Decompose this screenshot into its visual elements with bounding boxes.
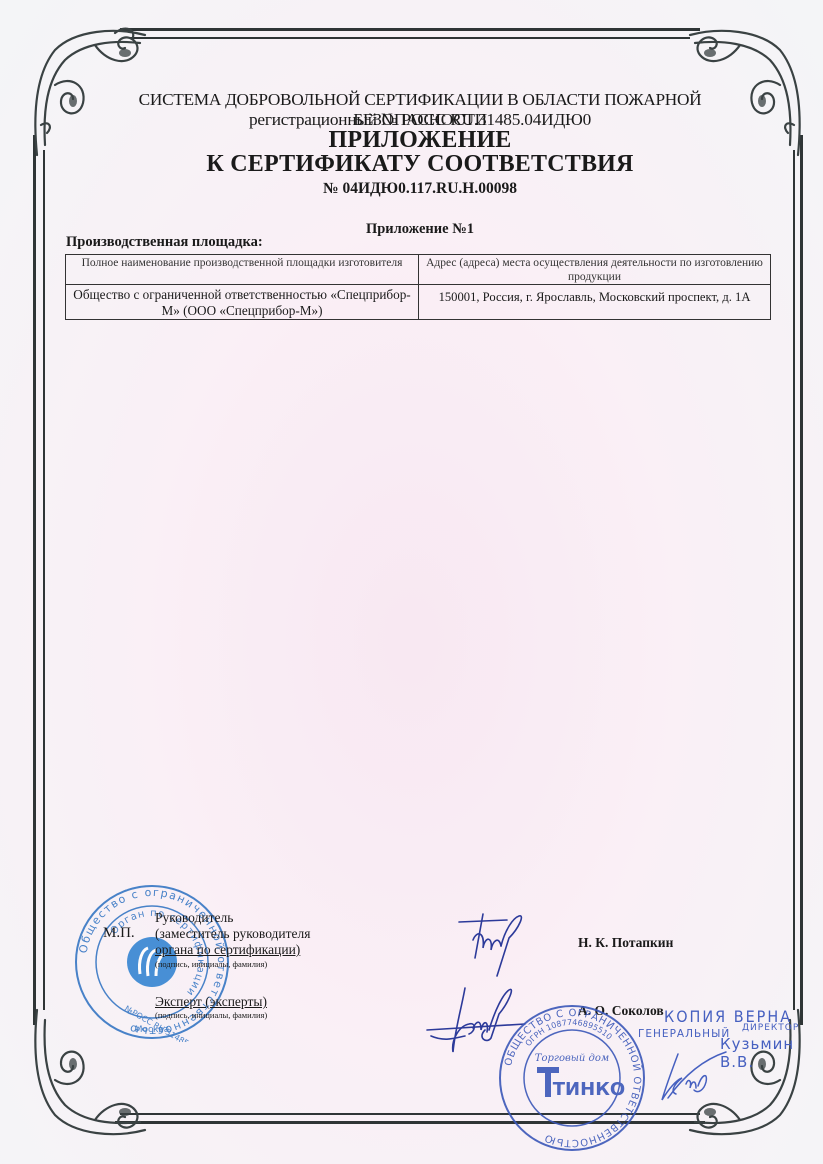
expert-title: Эксперт (эксперты) bbox=[155, 995, 267, 1009]
seal-placeholder-label: М.П. bbox=[103, 926, 135, 940]
svg-text:Торговый дом: Торговый дом bbox=[535, 1053, 609, 1064]
certificate-number: № 04ИДЮ0.117.RU.H.00098 bbox=[70, 180, 770, 198]
head-title-line3: органа по сертификации) bbox=[155, 943, 300, 957]
expert-signature-caption: (подпись, инициалы, фамилия) bbox=[155, 1010, 267, 1020]
table-header-row: Полное наименование производственной пло… bbox=[66, 255, 771, 285]
copy-certified-name: Кузьмин В.В. bbox=[720, 1035, 823, 1071]
document-title-line1: ПРИЛОЖЕНИЕ bbox=[70, 127, 770, 154]
company-stamp-icon: ОБЩЕСТВО С ОГРАНИЧЕННОЙ ОТВЕТСТВЕННОСТЬЮ… bbox=[497, 1003, 647, 1153]
copy-certified-position-right: ДИРЕКТОР bbox=[742, 1023, 799, 1033]
head-title-line1: Руководитель bbox=[155, 911, 233, 925]
frame-left-thin bbox=[43, 150, 45, 1010]
column-header-address: Адрес (адреса) места осуществления деяте… bbox=[419, 255, 771, 285]
frame-right-thin bbox=[793, 150, 795, 1010]
site-address-cell: 150001, Россия, г. Ярославль, Московский… bbox=[419, 285, 771, 320]
head-signature-icon bbox=[455, 910, 535, 980]
frame-left-thick bbox=[33, 135, 36, 1025]
copy-certified-position-left: ГЕНЕРАЛЬНЫЙ bbox=[638, 1028, 730, 1040]
frame-top-thick bbox=[120, 28, 700, 31]
director-signature-icon bbox=[648, 1050, 728, 1110]
column-header-name: Полное наименование производственной пло… bbox=[66, 255, 419, 285]
svg-text:ТИНКО: ТИНКО bbox=[553, 1079, 625, 1100]
production-site-label: Производственная площадка: bbox=[66, 234, 263, 251]
frame-right-thick bbox=[800, 135, 803, 1025]
site-name-cell: Общество с ограниченной ответственностью… bbox=[66, 285, 419, 320]
table-row: Общество с ограниченной ответственностью… bbox=[66, 285, 771, 320]
head-title-line2: (заместитель руководителя bbox=[155, 927, 311, 941]
production-site-table: Полное наименование производственной пло… bbox=[65, 254, 771, 320]
head-signature-caption: (подпись, инициалы, фамилия) bbox=[155, 959, 267, 969]
document-title-line2: К СЕРТИФИКАТУ СООТВЕТСТВИЯ bbox=[70, 151, 770, 178]
frame-top-thin bbox=[130, 37, 690, 39]
head-name: Н. К. Потапкин bbox=[578, 935, 673, 951]
